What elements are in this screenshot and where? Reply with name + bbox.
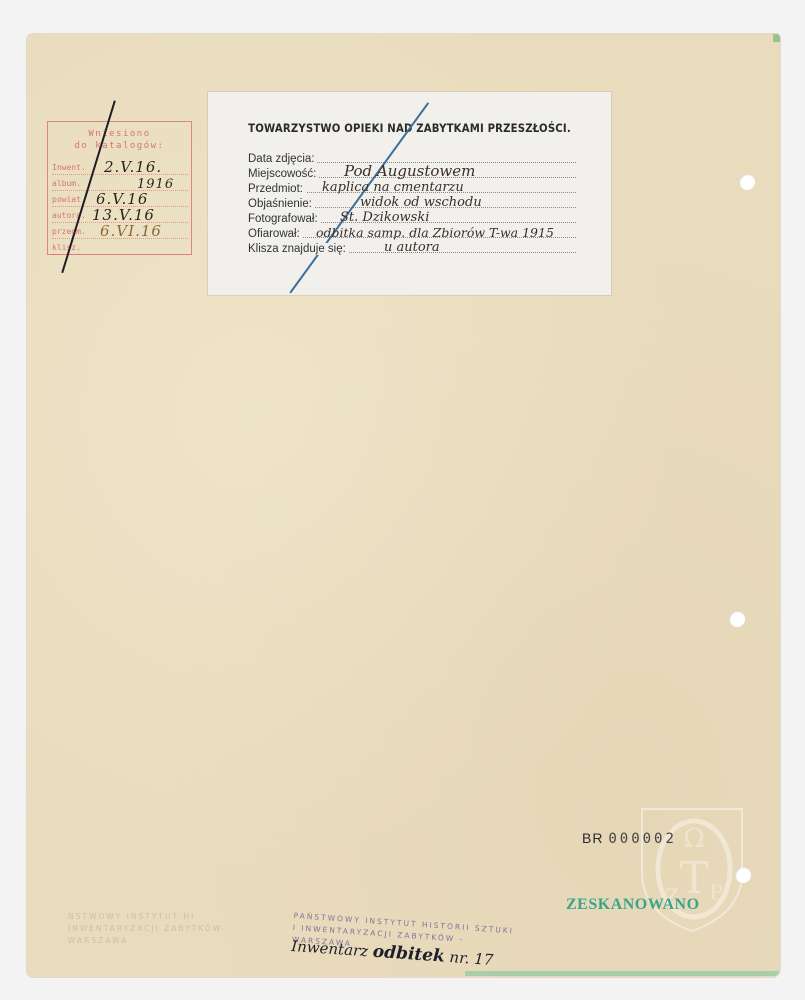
photo-label-card: TOWARZYSTWO OPIEKI NAD ZABYTKAMI PRZESZŁ… — [208, 92, 611, 295]
stamp-row-label: Inwent. — [52, 163, 86, 172]
stamp-row-inwent: Inwent. 2.V.16. — [52, 158, 188, 175]
field-fotografowal: Fotografował: St. Dzikowski — [248, 210, 576, 225]
stamp-row-label: przedm. — [52, 227, 86, 236]
stamp-row-powiat: powiat. 6.V.16 — [52, 190, 188, 207]
scanned-stamp: ZESKANOWANO — [566, 896, 700, 914]
field-label: Ofiarował: — [248, 228, 303, 240]
field-klisza: Klisza znajduje się: u autora — [248, 240, 576, 255]
field-label: Fotografował: — [248, 213, 321, 225]
stamp-row-label: klisz. — [52, 243, 81, 252]
catalog-number-digits: 000002 — [608, 831, 677, 847]
ghost-stamp-line2: INWENTARYZACJI ZABYTKÓW-WARSZAWA — [68, 923, 268, 947]
field-przedmiot: Przedmiot: kaplica na cmentarzu — [248, 180, 576, 195]
inventory-note-number: nr. 17 — [449, 948, 494, 969]
field-value: kaplica na cmentarzu — [322, 180, 464, 195]
field-value: widok od wschodu — [360, 195, 482, 210]
field-label: Miejscowość: — [248, 168, 319, 180]
sheet-bottom-edge — [465, 971, 779, 976]
catalog-number-prefix: BR — [582, 830, 603, 846]
stamp-title-line1: Wniesiono — [48, 128, 191, 140]
inventory-note-prefix: Inwentarz — [291, 937, 369, 960]
field-ofiarowal: Ofiarował: odbitka samp. dla Zbiorów T-w… — [248, 225, 576, 240]
stamp-row-label: album. — [52, 179, 81, 188]
punch-hole-top — [739, 174, 755, 190]
field-objasnienie: Objaśnienie: widok od wschodu — [248, 195, 576, 210]
field-value: St. Dzikowski — [340, 210, 429, 225]
field-label: Objaśnienie: — [248, 198, 315, 210]
catalog-number: BR 000002 — [582, 830, 677, 847]
ghost-stamp-line1: ŃSTWOWY INSTYTUT HI — [68, 911, 268, 923]
stamp-row-autora: autora. 13.V.16 — [52, 206, 188, 223]
field-label: Data zdjęcia: — [248, 153, 317, 165]
tonzp-watermark-icon: Ω T Z P — [636, 803, 748, 935]
stamp-title-line2: do katalogów: — [48, 140, 191, 152]
stamp-row-label: powiat. — [52, 195, 86, 204]
field-value: u autora — [384, 240, 440, 255]
svg-text:Ω: Ω — [683, 824, 705, 854]
field-label: Klisza znajduje się: — [248, 243, 349, 255]
field-label: Przedmiot: — [248, 183, 306, 195]
svg-text:P: P — [709, 880, 722, 904]
field-miejscowosc: Miejscowość: Pod Augustowem — [248, 165, 576, 180]
field-value: Pod Augustowem — [344, 162, 475, 180]
field-value: odbitka samp. dla Zbiorów T-wa 1915 — [316, 225, 554, 240]
institute-stamp-ghost: ŃSTWOWY INSTYTUT HI INWENTARYZACJI ZABYT… — [68, 911, 268, 947]
sheet-corner-tint — [773, 34, 780, 42]
punch-hole-middle — [729, 611, 745, 627]
stamp-row-album: album. 1916 — [52, 174, 188, 191]
catalog-stamp: Wniesiono do katalogów: Inwent. 2.V.16. … — [47, 121, 192, 255]
